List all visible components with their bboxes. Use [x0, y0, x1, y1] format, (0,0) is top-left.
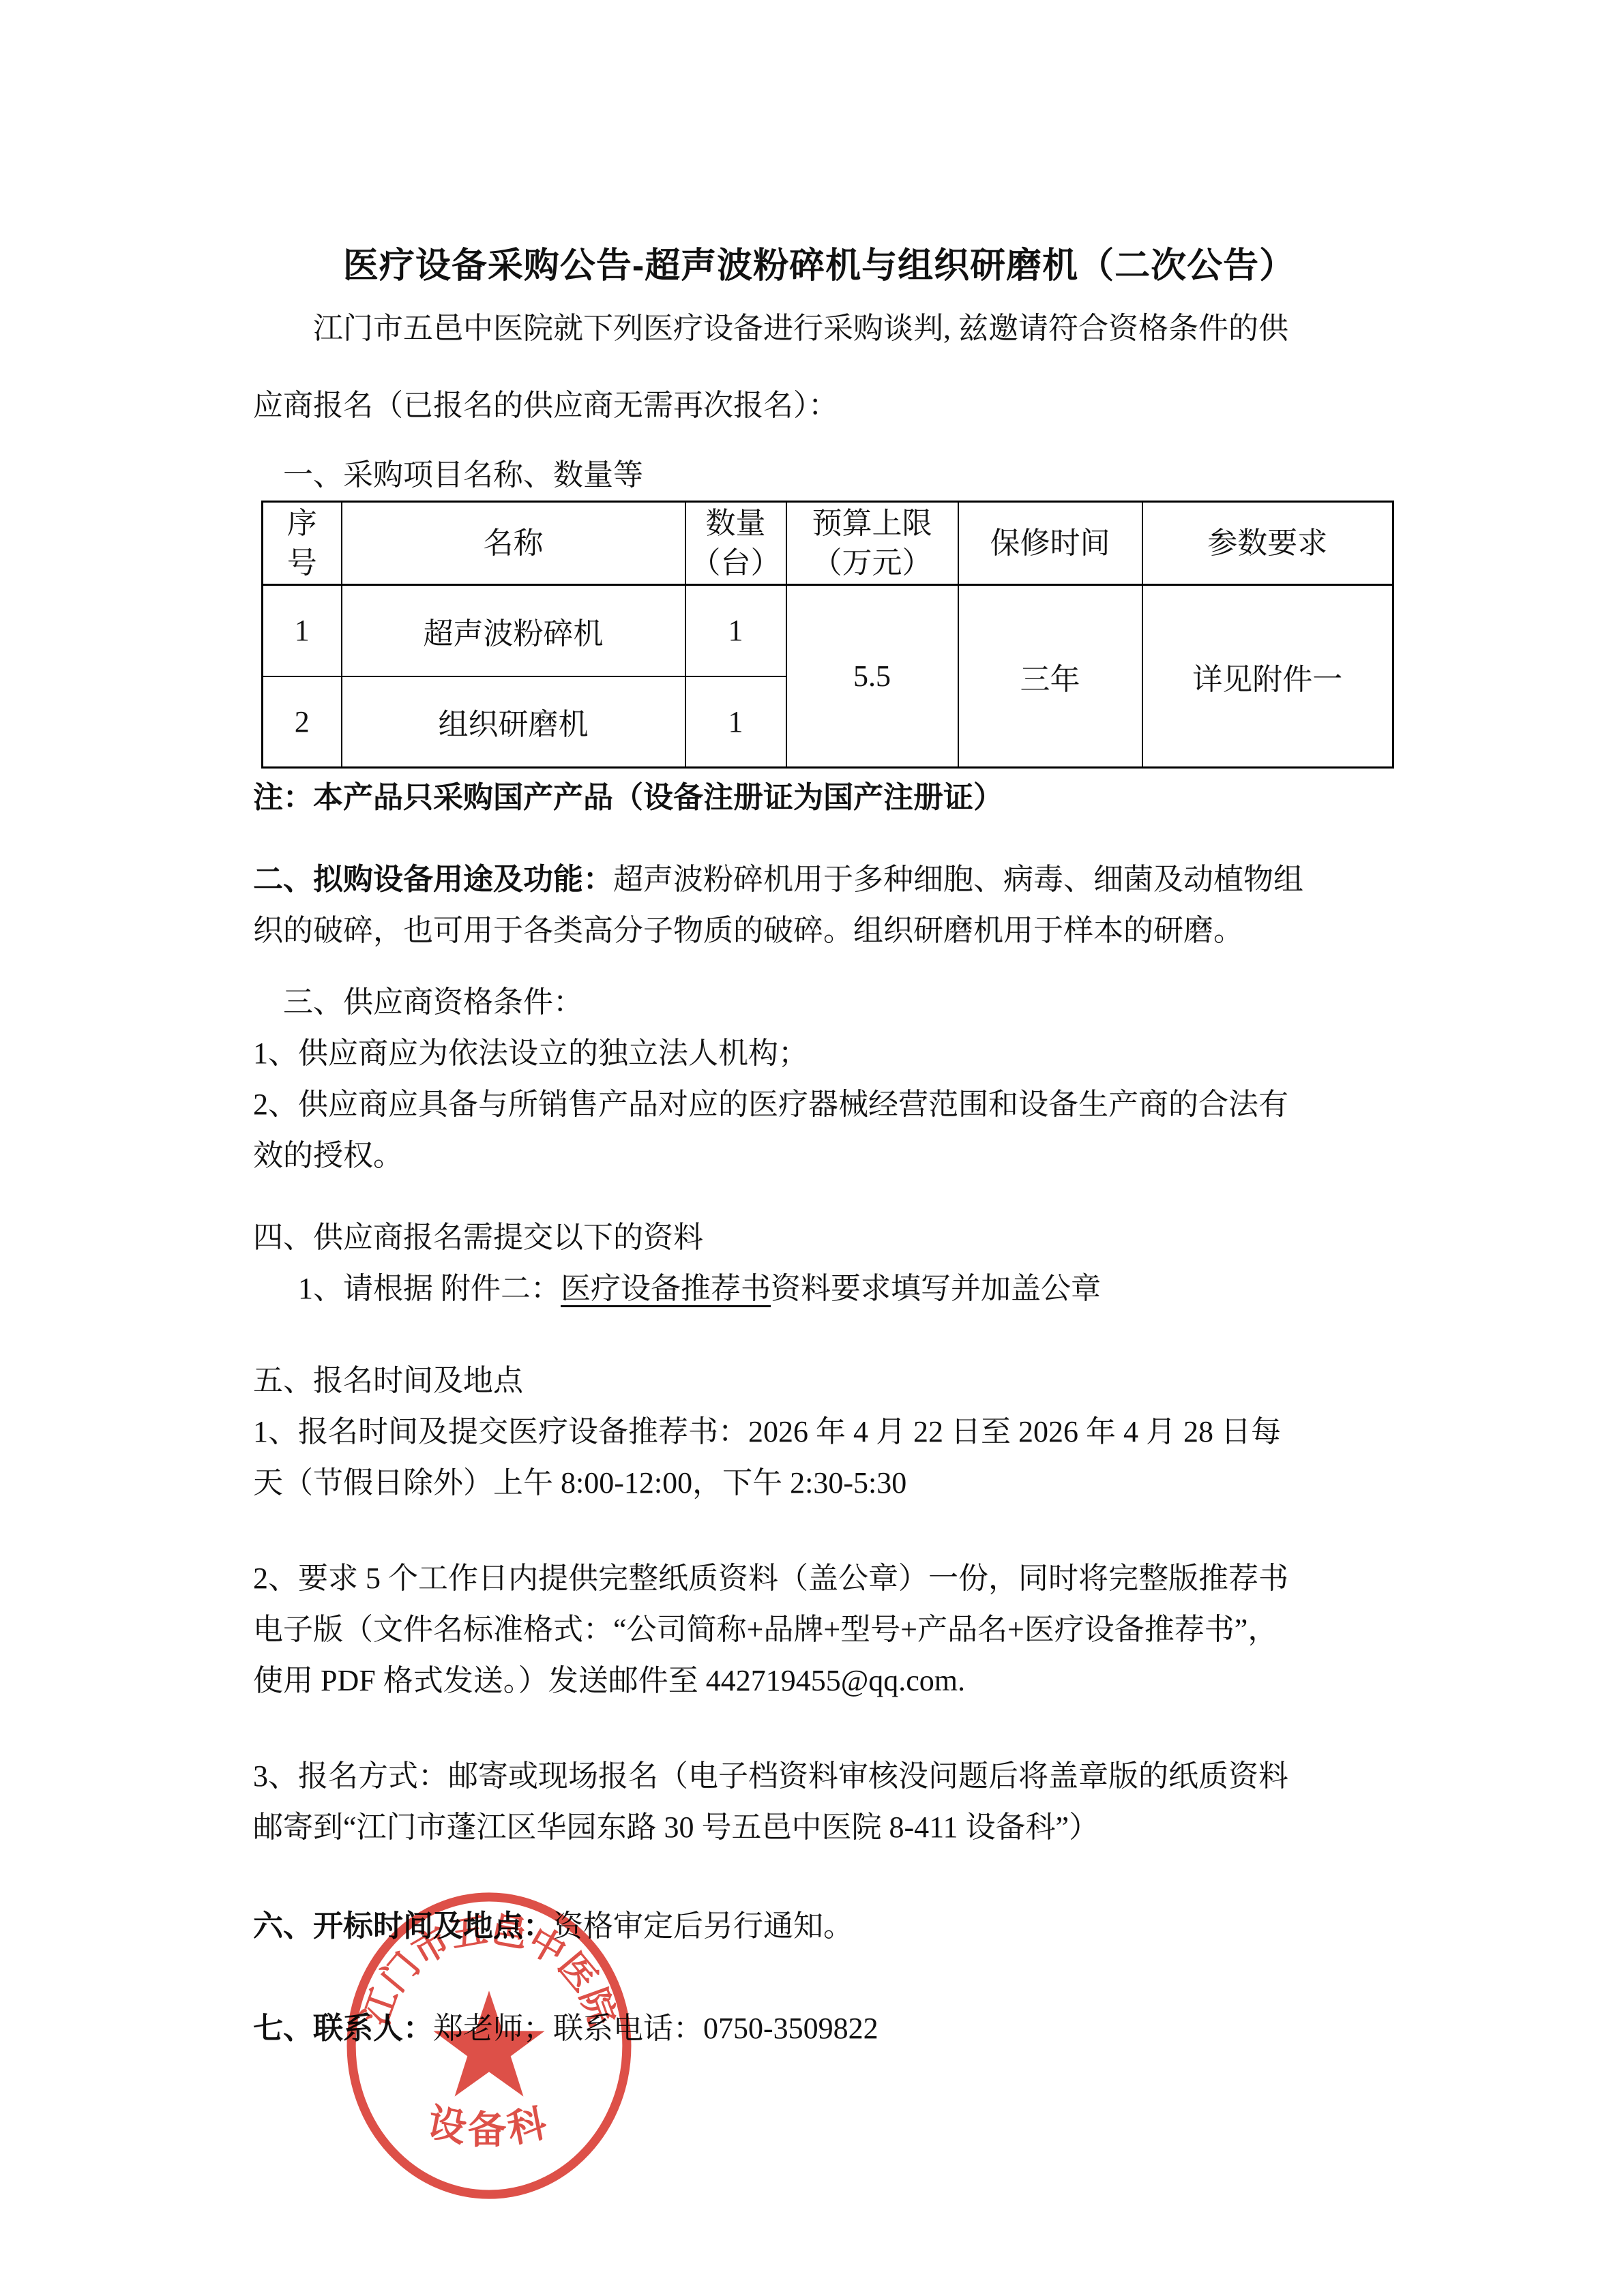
section3-item-1: 1、供应商应为依法设立的独立法人机构；: [253, 1028, 1385, 1079]
column-header-warranty: 保修时间: [958, 502, 1142, 585]
section5-item-2-line-1: 2、要求 5 个工作日内提供完整纸质资料（盖公章）一份，同时将完整版推荐书: [253, 1553, 1385, 1604]
intro-line-1: 江门市五邑中医院就下列医疗设备进行采购谈判, 兹邀请符合资格条件的供: [253, 290, 1385, 367]
page-title: 医疗设备采购公告-超声波粉碎机与组织研磨机（二次公告）: [253, 242, 1385, 290]
section2-label: 二、拟购设备用途及功能：: [253, 863, 613, 896]
seal-star-icon: [433, 1991, 544, 2096]
table-row: 1 超声波粉碎机 1 5.5 三年 详见附件一: [263, 585, 1393, 676]
section2-line-2: 织的破碎，也可用于各类高分子物质的破碎。组织研磨机用于样本的研磨。: [253, 905, 1385, 956]
section3-heading: 三、供应商资格条件：: [253, 976, 1385, 1028]
column-header-qty: 数量 （台）: [685, 502, 786, 585]
section5: 五、报名时间及地点 1、报名时间及提交医疗设备推荐书：2026 年 4 月 22…: [253, 1355, 1385, 1508]
section5-item-1-line-2: 天（节假日除外）上午 8:00-12:00，下午 2:30-5:30: [253, 1457, 1385, 1508]
section2-line-1: 二、拟购设备用途及功能：超声波粉碎机用于多种细胞、病毒、细菌及动植物组: [253, 854, 1385, 905]
section5-item-2-line-2: 电子版（文件名标准格式：“公司简称+品牌+型号+产品名+医疗设备推荐书”，: [253, 1604, 1385, 1655]
table-header-row: 序 号 名称 数量 （台） 预算上限 （万元）: [263, 502, 1393, 585]
cell-budget: 5.5: [786, 585, 958, 768]
section5-item-2-line-3: 使用 PDF 格式发送。）发送邮件至 442719455@qq.com.: [253, 1655, 1385, 1706]
seal-dept-text: 设备科: [424, 2101, 555, 2151]
section4-item-1: 1、请根据 附件二：医疗设备推荐书资料要求填写并加盖公章: [253, 1263, 1385, 1314]
cell-qty: 1: [685, 676, 786, 768]
note-line: 注：本产品只采购国产产品（设备注册证为国产注册证）: [253, 772, 1385, 823]
intro-line-2: 应商报名（已报名的供应商无需再次报名）：: [253, 367, 1385, 444]
cell-name: 超声波粉碎机: [342, 585, 685, 676]
section5-item-3: 3、报名方式：邮寄或现场报名（电子档资料审核没问题后将盖章版的纸质资料 邮寄到“…: [253, 1750, 1385, 1853]
section5-item-1-line-1: 1、报名时间及提交医疗设备推荐书：2026 年 4 月 22 日至 2026 年…: [253, 1406, 1385, 1457]
cell-seq: 1: [263, 585, 342, 676]
official-seal-stamp: 江门市五邑中医院 设备科: [344, 1890, 634, 2201]
column-header-params: 参数要求: [1142, 502, 1393, 585]
attachment2-recommendation-link: 医疗设备推荐书: [561, 1272, 771, 1305]
section5-item-3-line-2: 邮寄到“江门市蓬江区华园东路 30 号五邑中医院 8-411 设备科”）: [253, 1802, 1385, 1853]
cell-name: 组织研磨机: [342, 676, 685, 768]
section5-heading: 五、报名时间及地点: [253, 1355, 1385, 1406]
section3: 三、供应商资格条件： 1、供应商应为依法设立的独立法人机构； 2、供应商应具备与…: [253, 976, 1385, 1181]
cell-params: 详见附件一: [1142, 585, 1393, 768]
section4-item-suffix: 资料要求填写并加盖公章: [771, 1272, 1101, 1305]
section5-item-2: 2、要求 5 个工作日内提供完整纸质资料（盖公章）一份，同时将完整版推荐书 电子…: [253, 1553, 1385, 1706]
cell-seq: 2: [263, 676, 342, 768]
section4-item-prefix: 1、请根据 附件二：: [298, 1272, 561, 1305]
column-header-budget: 预算上限 （万元）: [786, 502, 958, 585]
document-content: 医疗设备采购公告-超声波粉碎机与组织研磨机（二次公告） 江门市五邑中医院就下列医…: [253, 0, 1385, 2054]
section4: 四、供应商报名需提交以下的资料 1、请根据 附件二：医疗设备推荐书资料要求填写并…: [253, 1212, 1385, 1314]
section3-item-2-line-2: 效的授权。: [253, 1130, 1385, 1181]
section3-item-2-line-1: 2、供应商应具备与所销售产品对应的医疗器械经营范围和设备生产商的合法有: [253, 1079, 1385, 1130]
section2: 二、拟购设备用途及功能：超声波粉碎机用于多种细胞、病毒、细菌及动植物组 织的破碎…: [253, 854, 1385, 956]
document-page: 医疗设备采购公告-超声波粉碎机与组织研磨机（二次公告） 江门市五邑中医院就下列医…: [0, 0, 1624, 2296]
section5-item-3-line-1: 3、报名方式：邮寄或现场报名（电子档资料审核没问题后将盖章版的纸质资料: [253, 1750, 1385, 1802]
column-header-seq: 序 号: [263, 502, 342, 585]
section1-heading: 一、采购项目名称、数量等: [253, 449, 1385, 501]
procurement-items-table: 序 号 名称 数量 （台） 预算上限 （万元）: [261, 501, 1394, 769]
cell-warranty: 三年: [958, 585, 1142, 768]
cell-qty: 1: [685, 585, 786, 676]
column-header-name: 名称: [342, 502, 685, 585]
section2-text: 超声波粉碎机用于多种细胞、病毒、细菌及动植物组: [613, 863, 1303, 896]
section4-heading: 四、供应商报名需提交以下的资料: [253, 1212, 1385, 1263]
